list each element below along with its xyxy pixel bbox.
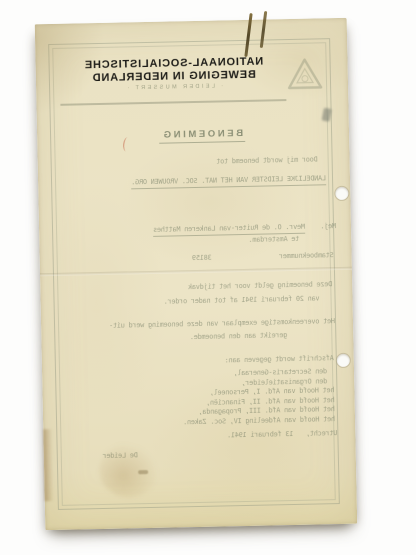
photo-background: NATIONAAL-SOCIALISTISCHE BEWEGING IN NED… <box>0 0 416 555</box>
date-line: 13 februari 1941. <box>227 430 293 440</box>
stain-left-edge <box>43 429 54 501</box>
document-title: BENOEMING <box>159 128 245 144</box>
stain-top-left <box>35 23 107 114</box>
place-label: Utrecht, <box>306 429 337 439</box>
small-stain-dots <box>138 470 148 474</box>
name-label: Mej. <box>320 222 336 231</box>
document-paper: NATIONAAL-SOCIALISTISCHE BEWEGING IN NED… <box>35 18 358 530</box>
stamboek-label: Stamboeknummer <box>279 251 334 261</box>
nsb-triangle-icon <box>285 56 324 93</box>
stamboek-number: 38159 <box>192 254 212 263</box>
city-line: te Amsterdam. <box>249 235 300 245</box>
